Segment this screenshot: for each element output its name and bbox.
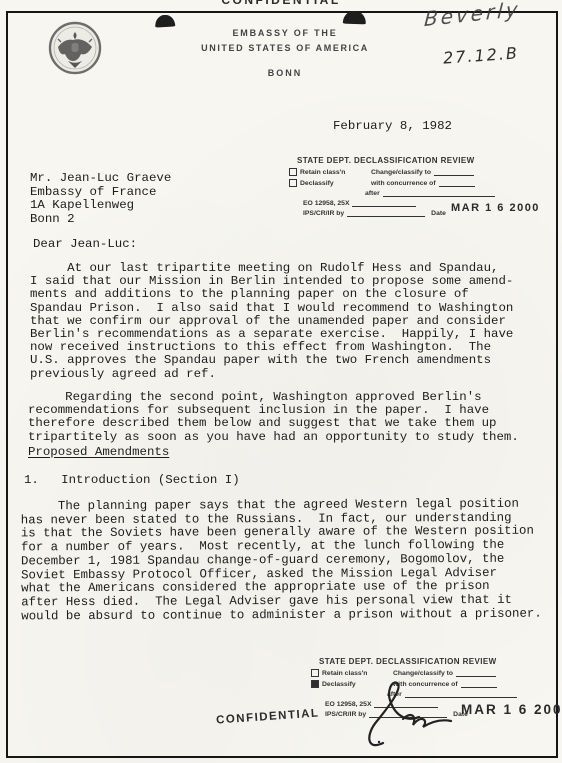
- declassify-checkbox-checked: [311, 680, 319, 688]
- blank-line: [374, 701, 438, 708]
- after-label: after: [387, 691, 402, 698]
- concurrence-label: with concurrence of: [371, 180, 436, 187]
- retain-label: Retain class'n: [300, 169, 345, 176]
- salutation: Dear Jean-Luc:: [33, 238, 137, 251]
- by-label: IPS/CR/IR by: [303, 210, 344, 217]
- classification-footer: CONFIDENTIAL: [216, 707, 320, 726]
- concurrence-label: with concurrence of: [393, 681, 458, 688]
- body-paragraph-3: The planning paper says that the agreed …: [21, 498, 542, 624]
- review-date-stamp: MAR 1 6 2000: [451, 202, 540, 214]
- body-paragraph-1: At our last tripartite meeting on Rudolf…: [30, 262, 513, 381]
- handwritten-name-annotation: Beverly: [423, 0, 521, 31]
- blank-line: [347, 210, 425, 217]
- recipient-address: Mr. Jean-Luc Graeve Embassy of France 1A…: [30, 172, 171, 226]
- stamp-title: STATE DEPT. DECLASSIFICATION REVIEW: [311, 657, 557, 666]
- after-label: after: [365, 190, 380, 197]
- change-label: Change/classify to: [371, 169, 431, 176]
- by-label: IPS/CR/IR by: [325, 711, 366, 718]
- amendments-heading: Proposed Amendments: [28, 446, 169, 459]
- declassify-label: Declassify: [322, 681, 356, 688]
- letterhead-line-2: UNITED STATES OF AMERICA: [170, 43, 400, 53]
- body-paragraph-2: Regarding the second point, Washington a…: [28, 391, 519, 444]
- eo-label: EO 12958, 25X: [325, 701, 371, 708]
- declassification-stamp-bottom: STATE DEPT. DECLASSIFICATION REVIEW Reta…: [311, 657, 557, 718]
- blank-line: [352, 200, 416, 207]
- review-date-stamp: MAR 1 6 2000: [461, 702, 562, 717]
- blank-line: [405, 691, 517, 698]
- blank-line: [434, 169, 474, 176]
- retain-label: Retain class'n: [322, 670, 367, 677]
- hole-punch-mark-icon: [155, 14, 176, 27]
- blank-line: [369, 711, 447, 718]
- letterhead-line-3: BONN: [170, 68, 400, 78]
- handwritten-number-annotation: 27.12.B: [442, 43, 519, 67]
- retain-checkbox: [289, 168, 297, 176]
- page-border-frame: [6, 11, 558, 758]
- stamp-title: STATE DEPT. DECLASSIFICATION REVIEW: [289, 156, 535, 165]
- blank-line: [383, 190, 495, 197]
- declassification-stamp-top: STATE DEPT. DECLASSIFICATION REVIEW Reta…: [289, 156, 535, 217]
- letterhead: EMBASSY OF THE UNITED STATES OF AMERICA …: [170, 28, 400, 78]
- hole-punch-mark-icon: [343, 11, 366, 25]
- letterhead-line-1: EMBASSY OF THE: [170, 28, 400, 38]
- change-label: Change/classify to: [393, 670, 453, 677]
- us-embassy-seal-icon: [47, 20, 103, 76]
- eo-label: EO 12958, 25X: [303, 200, 349, 207]
- date-label: Date: [431, 210, 446, 217]
- blank-line: [439, 180, 475, 187]
- blank-line: [461, 681, 497, 688]
- letter-date: February 8, 1982: [333, 120, 452, 133]
- retain-checkbox: [311, 669, 319, 677]
- document-page: CONFIDENTIAL EMBASSY OF THE UNITED STATE…: [0, 0, 562, 763]
- blank-line: [456, 670, 496, 677]
- declassify-label: Declassify: [300, 180, 334, 187]
- section-1-heading: 1. Introduction (Section I): [24, 474, 240, 487]
- declassify-checkbox: [289, 179, 297, 187]
